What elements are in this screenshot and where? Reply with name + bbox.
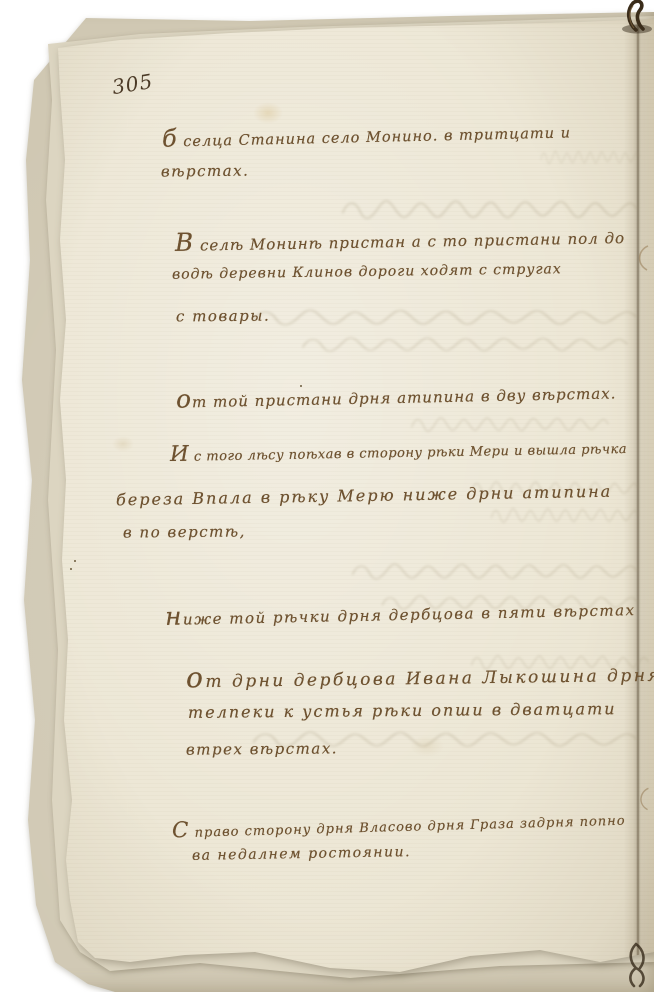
manuscript-line: вѣрстах. [161,162,250,181]
under-sheet-layer [0,0,654,992]
manuscript-line: телпеки к устья рѣки опши в дватцати [188,699,617,722]
bleed-through-writing [540,148,640,166]
ink-speck [92,30,94,32]
manuscript-line: от той пристани дрня атипина в дву вѣрст… [176,375,617,413]
paper-stain [112,436,134,452]
ink-speck [300,385,302,387]
manuscript-photo: 305 б селца Станина село Монино. в тритц… [0,0,654,992]
binding-gutter-shade [624,0,654,992]
manuscript-line: б селца Станина село Монино. в тритцати … [162,115,571,152]
ink-speck [97,34,99,36]
manuscript-line: от дрни дербцова Ивана Лыкошина дрня [186,655,654,695]
main-page-layer: 305 б селца Станина село Монино. в тритц… [0,0,654,992]
bleed-through-writing [470,478,640,498]
folio-number: 305 [110,69,154,99]
binding-thread-tangle-icon [620,942,654,988]
manuscript-line: С право сторону дрня Власово дрня Граза … [172,806,626,844]
middle-sheet [0,0,654,992]
manuscript-line: втрех вѣрстах. [186,739,338,758]
bleed-through-writing [250,728,640,750]
manuscript-line: береза Впала в рѣку Мерю ниже дрни атипи… [116,482,613,510]
margin-bracket-mark [636,786,652,812]
under-sheet [0,0,654,992]
manuscript-page: 305 б селца Станина село Монино. в тритц… [0,0,654,992]
paper-stain [253,102,283,124]
bleed-through-writing [410,414,610,434]
bleed-through-writing [490,505,640,525]
middle-sheet-layer [0,0,654,992]
manuscript-line: водѣ деревни Клинов дороги ходят с струг… [172,261,562,282]
bleed-through-writing [350,560,640,582]
bleed-through-writing [250,306,640,328]
folded-corner [60,933,98,963]
ink-speck [70,568,72,570]
margin-bracket-mark [634,244,652,272]
bleed-through-writing [470,652,650,672]
manuscript-line: И с того лѣсу поѣхав в сторону рѣки Мери… [170,434,627,467]
binding-crease-line [637,18,639,962]
bleed-through-writing [300,334,630,354]
bleed-through-writing [380,592,640,612]
binding-thread-icon [606,0,654,42]
ink-speck [74,560,76,562]
paper-stain [410,735,444,757]
manuscript-line: с товары. [176,307,270,326]
manuscript-line: в по верстѣ, [123,522,246,541]
manuscript-line: ва недалнем ростоянии. [192,844,411,864]
bleed-through-writing [340,196,640,222]
manuscript-line: ниже той рѣчки дрня дербцова в пяти вѣрс… [165,592,636,631]
manuscript-line: В селѣ Монинѣ пристан а с то пристани по… [175,220,625,257]
